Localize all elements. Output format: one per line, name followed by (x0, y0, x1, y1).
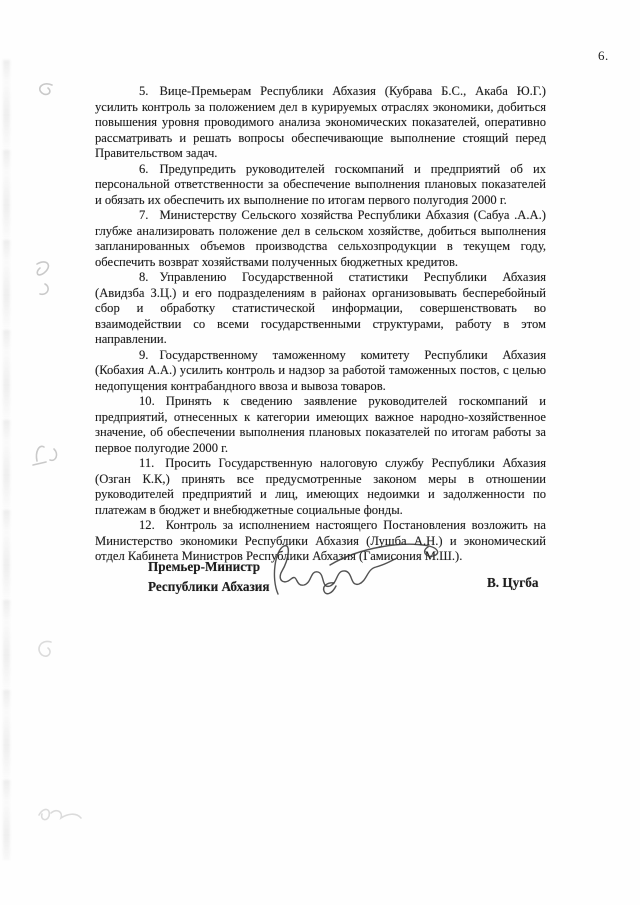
paragraph-9-text: Государственному таможенному комитету Ре… (95, 348, 546, 393)
paragraph-10: 10.Принять к сведению заявление руководи… (95, 394, 546, 456)
paragraph-9: 9.Государственному таможенному комитету … (95, 348, 546, 395)
paragraph-6-text: Предупредить руководителей госкомпаний и… (95, 162, 546, 207)
scan-artifact-mark-middle (30, 441, 64, 469)
paragraph-6: 6.Предупредить руководителей госкомпаний… (95, 162, 546, 209)
handwritten-signature (268, 538, 453, 600)
scan-artifact-squiggle-upper (31, 256, 59, 300)
paragraph-11: 11.Просить Государственную налоговую слу… (95, 456, 546, 518)
paragraph-7-text: Министерству Сельского хозяйства Республ… (95, 208, 546, 269)
paragraph-5: 5.Вице-Премьерам Республики Абхазия (Куб… (95, 84, 546, 162)
paragraph-6-number: 6. (139, 162, 159, 176)
paragraph-12-number: 12. (139, 518, 166, 532)
paragraph-9-number: 9. (139, 348, 159, 362)
paragraph-7-number: 7. (139, 208, 159, 222)
signatory-title: Премьер-Министр Республики Абхазия (148, 557, 270, 597)
signatory-name: В. Цугба (487, 575, 538, 591)
paragraph-8: 8.Управлению Государственной статистики … (95, 270, 546, 348)
signatory-title-line2: Республики Абхазия (148, 577, 270, 597)
document-body: 5.Вице-Премьерам Республики Абхазия (Куб… (95, 84, 546, 565)
signatory-title-line1: Премьер-Министр (148, 557, 270, 577)
paragraph-7: 7.Министерству Сельского хозяйства Респу… (95, 208, 546, 270)
scan-edge-streak (3, 60, 10, 860)
scanned-document-page: 6. 5.Вице-Премьерам Республики Абхазия (… (0, 0, 640, 905)
paragraph-5-text: Вице-Премьерам Республики Абхазия (Кубра… (95, 84, 546, 160)
scan-artifact-curl-top (33, 79, 57, 105)
scan-artifact-squiggle-bottom (36, 798, 86, 828)
paragraph-5-number: 5. (139, 84, 159, 98)
scan-artifact-curl-lower (33, 637, 59, 663)
page-number: 6. (598, 48, 609, 64)
paragraph-8-number: 8. (139, 270, 159, 284)
paragraph-8-text: Управлению Государственной статистики Ре… (95, 270, 546, 346)
paragraph-10-number: 10. (139, 394, 166, 408)
paragraph-11-number: 11. (139, 456, 165, 470)
